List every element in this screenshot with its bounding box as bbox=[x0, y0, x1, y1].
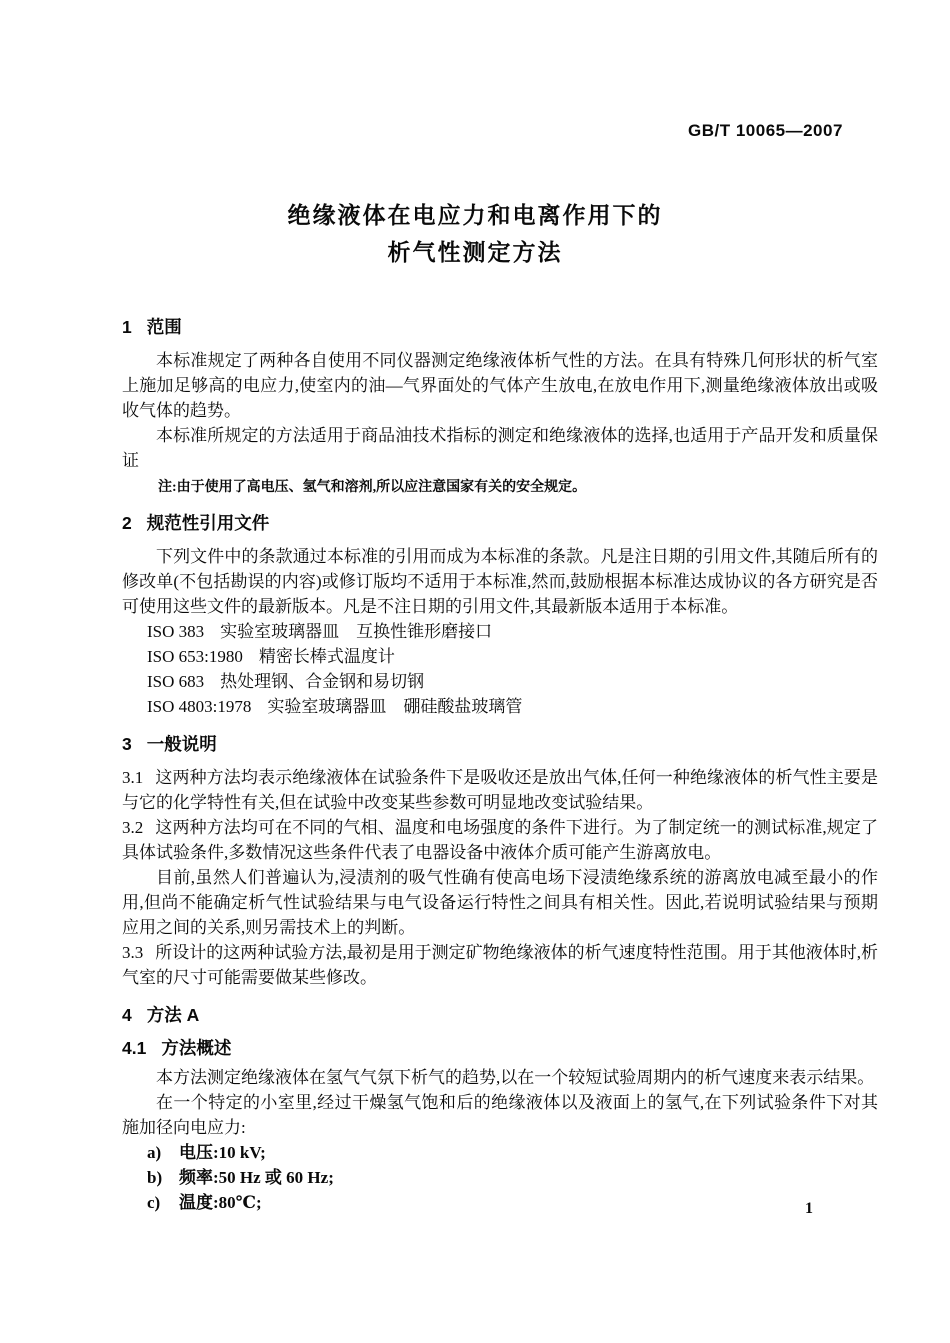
normative-references-list: ISO 383实验室玻璃器皿 互换性锥形磨接口 ISO 653:1980精密长棒… bbox=[122, 619, 878, 719]
clause-3-2: 3.2这两种方法均可在不同的气相、温度和电场强度的条件下进行。为了制定统一的测试… bbox=[122, 815, 878, 865]
clause-3-1-text: 这两种方法均表示绝缘液体在试验条件下是吸收还是放出气体,任何一种绝缘液体的析气性… bbox=[122, 768, 878, 812]
section-4-title: 方法 A bbox=[147, 1005, 200, 1025]
list-item: a)电压:10 kV; bbox=[122, 1140, 878, 1165]
list-item-text: 电压:10 kV; bbox=[179, 1143, 266, 1162]
reference-code: ISO 653:1980 bbox=[147, 647, 243, 666]
list-item-text: 频率:50 Hz 或 60 Hz; bbox=[179, 1168, 334, 1187]
reference-code: ISO 383 bbox=[147, 622, 204, 641]
section-2-title: 规范性引用文件 bbox=[147, 513, 270, 533]
clause-3-2-text: 这两种方法均可在不同的气相、温度和电场强度的条件下进行。为了制定统一的测试标准,… bbox=[122, 818, 878, 862]
document-body: 1范围 本标准规定了两种各自使用不同仪器测定绝缘液体析气性的方法。在具有特殊几何… bbox=[122, 315, 878, 1215]
section-3-number: 3 bbox=[122, 734, 132, 754]
list-item-text: 温度:80℃; bbox=[179, 1193, 262, 1212]
section-2-heading: 2规范性引用文件 bbox=[122, 511, 878, 536]
section-4-1-heading: 4.1方法概述 bbox=[122, 1036, 878, 1061]
section-4-1-number: 4.1 bbox=[122, 1038, 146, 1058]
document-title-line2: 析气性测定方法 bbox=[0, 234, 950, 271]
clause-3-3-number: 3.3 bbox=[122, 943, 143, 962]
reference-item: ISO 383实验室玻璃器皿 互换性锥形磨接口 bbox=[122, 619, 878, 644]
section-3-title: 一般说明 bbox=[147, 734, 217, 754]
section-3-paragraph: 目前,虽然人们普遍认为,浸渍剂的吸气性确有使高电场下浸渍绝缘系统的游离放电减至最… bbox=[122, 865, 878, 940]
clause-3-3-text: 所设计的这两种试验方法,最初是用于测定矿物绝缘液体的析气速度特性范围。用于其他液… bbox=[122, 943, 878, 987]
list-item-label: a) bbox=[147, 1140, 169, 1165]
section-4-1-paragraph-2: 在一个特定的小室里,经过干燥氢气饱和后的绝缘液体以及液面上的氢气,在下列试验条件… bbox=[122, 1090, 878, 1140]
page-number: 1 bbox=[805, 1200, 813, 1218]
test-conditions-list: a)电压:10 kV; b)频率:50 Hz 或 60 Hz; c)温度:80℃… bbox=[122, 1140, 878, 1215]
section-1-number: 1 bbox=[122, 317, 132, 337]
list-item-label: b) bbox=[147, 1165, 169, 1190]
reference-item: ISO 683热处理钢、合金钢和易切钢 bbox=[122, 669, 878, 694]
list-item: c)温度:80℃; bbox=[122, 1190, 878, 1215]
document-title: 绝缘液体在电应力和电离作用下的 析气性测定方法 bbox=[0, 197, 950, 271]
reference-title: 实验室玻璃器皿 互换性锥形磨接口 bbox=[220, 622, 492, 641]
reference-item: ISO 4803:1978实验室玻璃器皿 硼硅酸盐玻璃管 bbox=[122, 694, 878, 719]
clause-3-2-number: 3.2 bbox=[122, 818, 143, 837]
reference-title: 热处理钢、合金钢和易切钢 bbox=[220, 672, 424, 691]
clause-3-3: 3.3所设计的这两种试验方法,最初是用于测定矿物绝缘液体的析气速度特性范围。用于… bbox=[122, 940, 878, 990]
clause-3-1: 3.1这两种方法均表示绝缘液体在试验条件下是吸收还是放出气体,任何一种绝缘液体的… bbox=[122, 765, 878, 815]
list-item-label: c) bbox=[147, 1190, 169, 1215]
reference-code: ISO 4803:1978 bbox=[147, 697, 251, 716]
section-2-paragraph-1: 下列文件中的条款通过本标准的引用而成为本标准的条款。凡是注日期的引用文件,其随后… bbox=[122, 544, 878, 619]
section-1-note: 注:由于使用了高电压、氢气和溶剂,所以应注意国家有关的安全规定。 bbox=[158, 478, 878, 498]
reference-code: ISO 683 bbox=[147, 672, 204, 691]
section-1-title: 范围 bbox=[147, 317, 182, 337]
reference-item: ISO 653:1980精密长棒式温度计 bbox=[122, 644, 878, 669]
section-4-number: 4 bbox=[122, 1005, 132, 1025]
reference-title: 精密长棒式温度计 bbox=[259, 647, 395, 666]
section-1-paragraph-1: 本标准规定了两种各自使用不同仪器测定绝缘液体析气性的方法。在具有特殊几何形状的析… bbox=[122, 348, 878, 423]
section-4-1-title: 方法概述 bbox=[161, 1038, 231, 1058]
section-3-heading: 3一般说明 bbox=[122, 732, 878, 757]
section-4-1-paragraph-1: 本方法测定绝缘液体在氢气气氛下析气的趋势,以在一个较短试验周期内的析气速度来表示… bbox=[122, 1065, 878, 1090]
document-title-line1: 绝缘液体在电应力和电离作用下的 bbox=[0, 197, 950, 234]
section-1-heading: 1范围 bbox=[122, 315, 878, 340]
section-4-heading: 4方法 A bbox=[122, 1003, 878, 1028]
list-item: b)频率:50 Hz 或 60 Hz; bbox=[122, 1165, 878, 1190]
reference-title: 实验室玻璃器皿 硼硅酸盐玻璃管 bbox=[267, 697, 522, 716]
clause-3-1-number: 3.1 bbox=[122, 768, 143, 787]
section-1-paragraph-2: 本标准所规定的方法适用于商品油技术指标的测定和绝缘液体的选择,也适用于产品开发和… bbox=[122, 423, 878, 473]
document-page: GB/T 10065—2007 绝缘液体在电应力和电离作用下的 析气性测定方法 … bbox=[0, 0, 950, 1343]
standard-number: GB/T 10065—2007 bbox=[688, 121, 843, 141]
section-2-number: 2 bbox=[122, 513, 132, 533]
